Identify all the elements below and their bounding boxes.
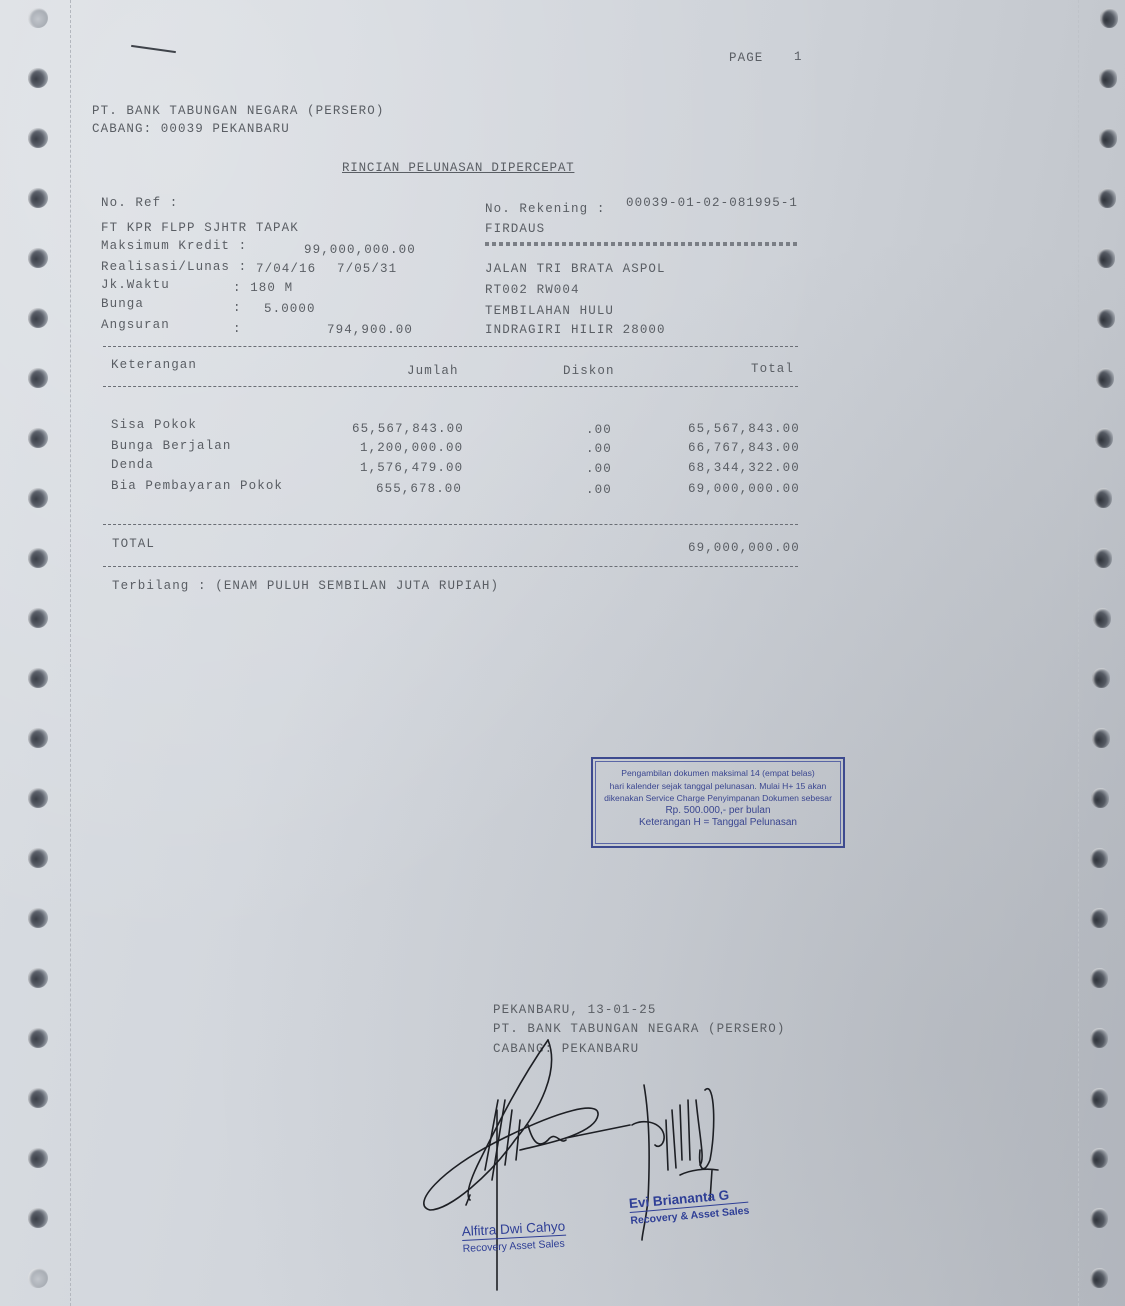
- handwritten-signatures: [0, 0, 1125, 1306]
- signatory-1: Alfitra Dwi Cahyo Recovery Asset Sales: [461, 1219, 566, 1255]
- printed-document: PAGE 1 PT. BANK TABUNGAN NEGARA (PERSERO…: [0, 0, 1125, 1306]
